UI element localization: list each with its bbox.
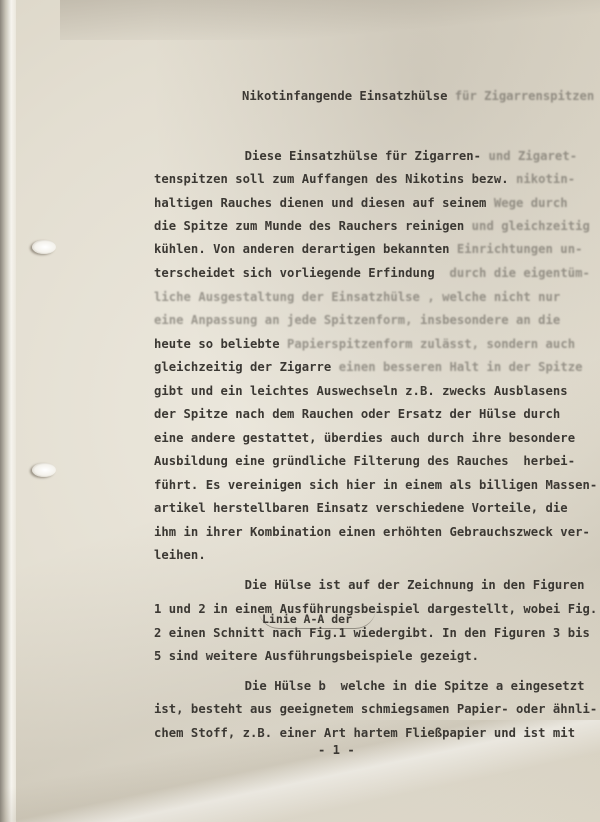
punch-hole-icon <box>32 463 56 477</box>
text-line-faded: durch die eigentüm- <box>442 266 590 280</box>
text-line-content: der Spitze nach dem Rauchen oder Ersatz … <box>154 407 560 421</box>
text-line-content: 5 sind weitere Ausführungsbeispiele geze… <box>154 649 479 663</box>
handwritten-insert: Linie A-A der <box>262 612 352 626</box>
page-number: - 1 - <box>318 743 355 757</box>
text-line: 5 sind weitere Ausführungsbeispiele geze… <box>154 649 479 663</box>
text-line-content: Die Hülse b welche in die Spitze a einge… <box>156 679 584 693</box>
text-line-content: leihen. <box>154 548 206 562</box>
text-line: führt. Es vereinigen sich hier in einem … <box>154 478 597 492</box>
text-line-content: 2 einen Schnitt nach Fig.1 wiedergibt. I… <box>154 626 590 640</box>
text-line-faded: Papierspitzenform zulässt, sondern auch <box>280 337 576 351</box>
text-line: artikel herstellbaren Einsatz verschiede… <box>154 501 568 515</box>
text-line: 2 einen Schnitt nach Fig.1 wiedergibt. I… <box>154 626 590 640</box>
document-page: Nikotinfangende Einsatzhülse für Zigarre… <box>0 0 600 822</box>
text-line-content: ihm in ihrer Kombination einen erhöhten … <box>154 525 590 539</box>
text-line-content: ist, besteht aus geeignetem schmiegsamen… <box>154 702 597 716</box>
text-line: gleichzeitig der Zigarre einen besseren … <box>154 360 583 374</box>
text-line: Diese Einsatzhülse für Zigarren- und Zig… <box>156 149 577 163</box>
text-line: liche Ausgestaltung der Einsatzhülse , w… <box>154 290 560 304</box>
text-line: kühlen. Von anderen derartigen bekannten… <box>154 242 582 256</box>
text-line-faded: einen besseren Halt in der Spitze <box>331 360 582 374</box>
text-line-content: heute so beliebte <box>154 337 280 351</box>
page-edge-shadow <box>0 0 16 822</box>
text-line: tenspitzen soll zum Auffangen des Nikoti… <box>154 172 575 186</box>
paper-crease-top <box>60 0 600 40</box>
text-line-faded: liche Ausgestaltung der Einsatzhülse , w… <box>154 290 560 304</box>
text-line: ihm in ihrer Kombination einen erhöhten … <box>154 525 590 539</box>
title-text: Nikotinfangende Einsatzhülse <box>242 89 447 103</box>
text-line-faded: eine Anpassung an jede Spitzenform, insb… <box>154 313 560 327</box>
text-line: heute so beliebte Papierspitzenform zulä… <box>154 337 575 351</box>
text-line: Ausbildung eine gründliche Filterung des… <box>154 454 575 468</box>
text-line: ist, besteht aus geeignetem schmiegsamen… <box>154 702 597 716</box>
text-line-content: eine andere gestattet, überdies auch dur… <box>154 431 575 445</box>
text-line-content: gleichzeitig der Zigarre <box>154 360 331 374</box>
text-line-faded: Einrichtungen un- <box>450 242 583 256</box>
text-line-content: die Spitze zum Munde des Rauchers reinig… <box>154 219 464 233</box>
text-line-faded: Wege durch <box>486 196 567 210</box>
text-line-content: terscheidet sich vorliegende Erfindung <box>154 266 442 280</box>
text-line-content: gibt und ein leichtes Auswechseln z.B. z… <box>154 384 568 398</box>
text-line: terscheidet sich vorliegende Erfindung d… <box>154 266 590 280</box>
text-line-faded: und Zigaret- <box>481 149 577 163</box>
text-line-content: haltigen Rauches dienen und diesen auf s… <box>154 196 486 210</box>
text-line-content: chem Stoff, z.B. einer Art hartem Fließp… <box>154 726 575 740</box>
text-line-content: Ausbildung eine gründliche Filterung des… <box>154 454 575 468</box>
text-line: chem Stoff, z.B. einer Art hartem Fließp… <box>154 726 575 740</box>
text-line-content: tenspitzen soll zum Auffangen des Nikoti… <box>154 172 509 186</box>
punch-hole-icon <box>32 240 56 254</box>
text-line: der Spitze nach dem Rauchen oder Ersatz … <box>154 407 560 421</box>
text-line: gibt und ein leichtes Auswechseln z.B. z… <box>154 384 568 398</box>
text-line-content: Diese Einsatzhülse für Zigarren- <box>156 149 481 163</box>
text-line-content: kühlen. Von anderen derartigen bekannten <box>154 242 450 256</box>
text-line-content: artikel herstellbaren Einsatz verschiede… <box>154 501 568 515</box>
text-line: Die Hülse ist auf der Zeichnung in den F… <box>156 578 584 592</box>
text-line-content: Die Hülse ist auf der Zeichnung in den F… <box>156 578 584 592</box>
text-line-content: führt. Es vereinigen sich hier in einem … <box>154 478 597 492</box>
text-line: eine Anpassung an jede Spitzenform, insb… <box>154 313 560 327</box>
text-line: leihen. <box>154 548 206 562</box>
text-line-faded: und gleichzeitig <box>464 219 590 233</box>
text-line: die Spitze zum Munde des Rauchers reinig… <box>154 219 590 233</box>
document-title: Nikotinfangende Einsatzhülse für Zigarre… <box>242 89 594 103</box>
text-line: Die Hülse b welche in die Spitze a einge… <box>156 679 584 693</box>
text-line: haltigen Rauches dienen und diesen auf s… <box>154 196 568 210</box>
text-line-faded: nikotin- <box>509 172 576 186</box>
text-line: eine andere gestattet, überdies auch dur… <box>154 431 575 445</box>
title-text-faded: für Zigarrenspitzen <box>447 89 594 103</box>
